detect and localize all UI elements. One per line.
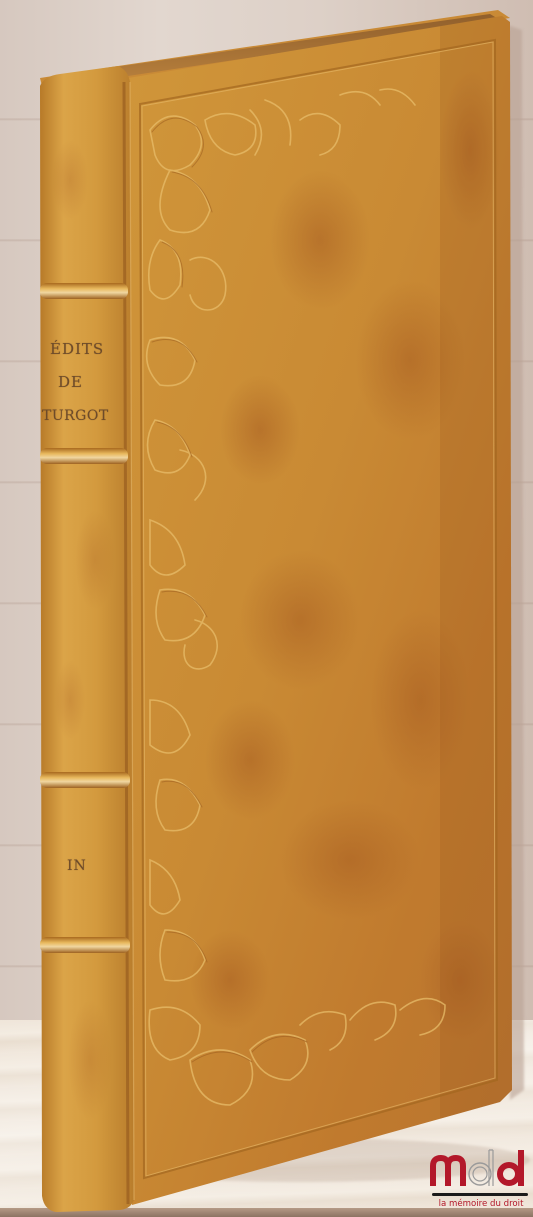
spine-volume-label: IN (67, 858, 87, 874)
mdd-logo: la mémoire du droit (430, 1148, 530, 1214)
spine-title-line-3: TURGOT (42, 408, 109, 424)
book (0, 0, 533, 1217)
spine-title-line-1: ÉDITS (50, 340, 104, 358)
mdd-wordmark-icon (430, 1148, 530, 1188)
logo-divider (432, 1193, 528, 1196)
product-photo: ÉDITS DE TURGOT IN la mémoire du droit (0, 0, 533, 1217)
logo-tagline: la mémoire du droit (430, 1199, 532, 1209)
spine-title-line-2: DE (58, 373, 83, 391)
